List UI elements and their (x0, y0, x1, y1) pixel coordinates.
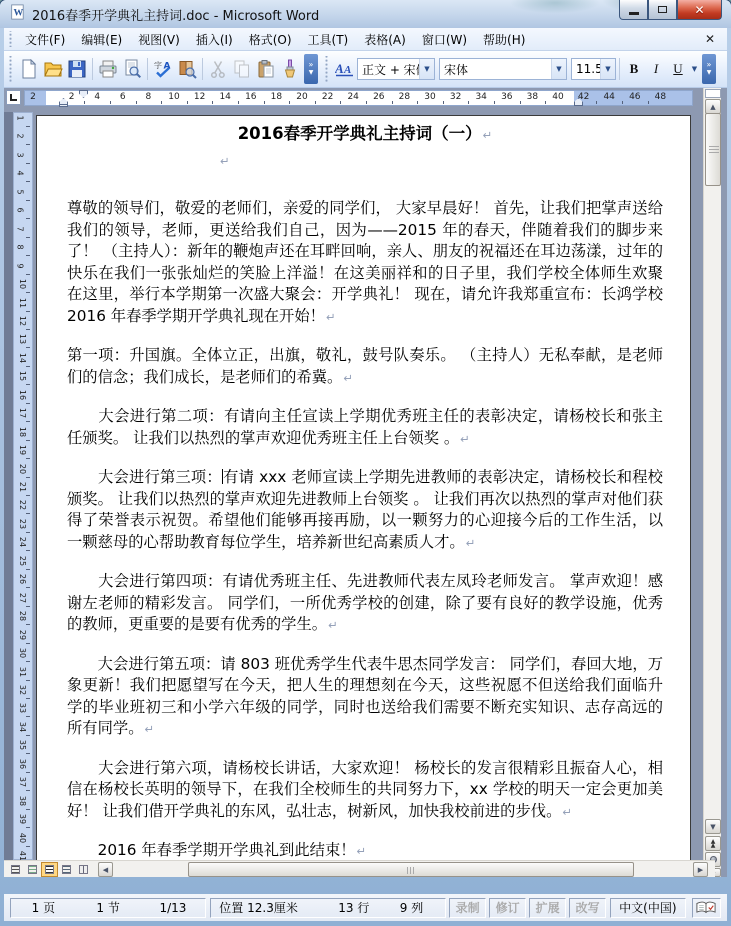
language-indicator[interactable]: 中文(中国) (610, 898, 685, 918)
h-ruler-number: 26 (373, 92, 384, 102)
document-page[interactable]: 2016春季开学典礼主持词（一）↵↵尊敬的领导们，敬爱的老师们，亲爱的同学们， … (36, 115, 691, 877)
v-ruler-number: 20 (18, 463, 26, 473)
document-paragraph[interactable]: 第一项：升国旗。全体立正，出旗，敬礼，鼓号队奏乐。 （主持人）无私奉献，是老师们… (67, 345, 663, 389)
h-ruler-tick (622, 101, 623, 104)
h-ruler-number: 4 (94, 92, 100, 102)
v-ruler-tick (26, 735, 30, 736)
word-logo-icon: W (9, 4, 25, 24)
v-ruler-number: 38 (18, 796, 26, 806)
menu-item-2[interactable]: 视图(V) (130, 28, 188, 51)
paragraph-mark: ↵ (562, 805, 572, 819)
maximize-button[interactable] (648, 0, 677, 20)
menu-item-4[interactable]: 格式(O) (241, 28, 300, 51)
bold-button[interactable]: B (623, 58, 645, 80)
menubar-drag-handle[interactable] (8, 31, 13, 46)
v-ruler-number: 17 (18, 408, 26, 418)
h-ruler-number: 8 (146, 92, 152, 102)
v-ruler-tick (26, 292, 30, 293)
v-ruler-tick (26, 384, 30, 385)
h-ruler-tick (596, 101, 597, 104)
vertical-scroll-thumb[interactable] (705, 113, 721, 186)
v-ruler-number: 18 (18, 427, 26, 437)
column-number: 9 列 (386, 899, 437, 916)
v-ruler-tick (26, 716, 30, 717)
copy-button (230, 57, 254, 81)
toolbar-row: 字A »▼ AA 正文 + 宋体▼ 宋体▼ 11.5▼ B I U ▼ »▼ (4, 51, 727, 88)
paragraph-mark: ↵ (343, 371, 353, 385)
v-ruler-number: 15 (18, 371, 26, 381)
standard-toolbar-drag-handle[interactable] (8, 56, 13, 81)
svg-text:字: 字 (154, 60, 162, 70)
font-size-combobox[interactable]: 11.5▼ (571, 58, 616, 80)
ruler-toggle-box[interactable] (705, 89, 721, 98)
menu-item-7[interactable]: 窗口(W) (414, 28, 475, 51)
v-ruler-number: 2 (16, 134, 24, 139)
h-ruler-tick (187, 101, 188, 104)
left-indent-marker[interactable] (59, 104, 68, 107)
v-ruler-tick (26, 846, 30, 847)
v-ruler-tick (26, 661, 30, 662)
v-ruler-number: 14 (18, 353, 26, 363)
open-button[interactable] (41, 57, 65, 81)
horizontal-scrollbar[interactable]: ◀ ▶ (4, 860, 715, 877)
document-paragraph[interactable]: ↵ (67, 149, 663, 172)
h-ruler-number: 20 (296, 92, 307, 102)
v-ruler-number: 7 (16, 226, 24, 231)
paragraph-mark: ↵ (460, 432, 470, 446)
v-ruler-tick (26, 458, 30, 459)
status-bar: 1 页 1 节 1/13 位置 12.3厘米 13 行 9 列 录制修订扩展改写… (4, 894, 727, 921)
v-ruler-number: 12 (18, 316, 26, 326)
underline-button[interactable]: U (667, 58, 689, 80)
paragraph-mark: ↵ (483, 128, 493, 142)
scroll-down-arrow[interactable]: ▼ (705, 819, 721, 834)
section-number: 1 节 (76, 899, 141, 916)
h-ruler-number: 46 (629, 92, 640, 102)
v-ruler-tick (26, 366, 30, 367)
v-ruler-tick (26, 809, 30, 810)
spelling-grammar-button[interactable]: 字A (151, 57, 175, 81)
svg-text:A: A (343, 64, 351, 76)
v-ruler-number: 5 (16, 189, 24, 194)
v-ruler-tick (26, 698, 30, 699)
close-button[interactable]: ✕ (677, 0, 722, 20)
cut-button (206, 57, 230, 81)
h-ruler-tick (468, 101, 469, 104)
h-ruler-number: 10 (168, 92, 179, 102)
v-ruler-number: 31 (18, 666, 26, 676)
size-dropdown-arrow[interactable]: ▼ (600, 59, 615, 79)
svg-text:W: W (13, 8, 23, 19)
v-ruler-tick (26, 827, 30, 828)
h-ruler-tick (238, 101, 239, 104)
v-ruler-tick (26, 274, 30, 275)
v-ruler-tick (26, 587, 30, 588)
h-ruler-number: 6 (120, 92, 126, 102)
print-preview-button[interactable] (120, 57, 144, 81)
h-ruler-tick (545, 101, 546, 104)
v-ruler-number: 32 (18, 685, 26, 695)
v-ruler-number: 27 (18, 593, 26, 603)
h-ruler-number: 44 (603, 92, 614, 102)
v-ruler-number: 1 (16, 115, 24, 120)
h-ruler-tick (366, 101, 367, 104)
v-ruler-tick (26, 606, 30, 607)
v-ruler-number: 33 (18, 703, 26, 713)
tab-stop-selector[interactable] (6, 90, 21, 105)
h-ruler-tick (443, 101, 444, 104)
v-ruler-tick (26, 311, 30, 312)
toolbar-separator (92, 58, 93, 80)
print-button[interactable] (96, 57, 120, 81)
workspace-left-gutter (4, 112, 13, 860)
document-heading[interactable]: 2016春季开学典礼主持词（一）↵ (67, 120, 663, 149)
paragraph-mark: ↵ (220, 154, 230, 168)
outline-view-button[interactable] (58, 862, 75, 877)
vertical-ruler: 1234567891011121314151617181920212223242… (13, 112, 33, 860)
svg-text:A: A (335, 61, 344, 76)
formatting-toolbar-drag-handle[interactable] (324, 56, 329, 81)
v-ruler-tick (26, 421, 30, 422)
v-ruler-tick (26, 790, 30, 791)
v-ruler-number: 10 (18, 279, 26, 289)
menu-item-3[interactable]: 插入(I) (188, 28, 241, 51)
horizontal-ruler: 2246810121416182022242628303234363840424… (24, 90, 693, 106)
web-layout-view-button[interactable] (24, 862, 41, 877)
v-ruler-number: 36 (18, 759, 26, 769)
h-ruler-number: 24 (347, 92, 358, 102)
h-ruler-tick (520, 101, 521, 104)
v-ruler-number: 40 (18, 832, 26, 842)
h-ruler-tick (161, 101, 162, 104)
previous-page-button[interactable]: ▲▲ (705, 836, 721, 851)
h-ruler-number: 48 (655, 92, 666, 102)
v-ruler-number: 35 (18, 740, 26, 750)
window-title: 2016春季开学典礼主持词.doc - Microsoft Word (32, 5, 319, 24)
font-dropdown-arrow[interactable]: ▼ (551, 59, 566, 79)
v-ruler-number: 9 (16, 263, 24, 268)
h-ruler-tick (264, 101, 265, 104)
v-ruler-number: 28 (18, 611, 26, 621)
v-ruler-tick (26, 347, 30, 348)
print-layout-view-button[interactable] (41, 862, 58, 877)
cursor-position: 位置 12.3厘米 (219, 899, 322, 916)
v-ruler-number: 23 (18, 519, 26, 529)
menu-item-8[interactable]: 帮助(H) (475, 28, 533, 51)
v-ruler-tick (26, 403, 30, 404)
v-ruler-tick (26, 181, 30, 182)
scroll-right-arrow[interactable]: ▶ (693, 862, 708, 877)
v-ruler-tick (26, 680, 30, 681)
styles-and-formatting-icon[interactable]: AA (333, 57, 357, 81)
underline-options-arrow[interactable]: ▼ (689, 58, 700, 80)
h-ruler-number: 28 (399, 92, 410, 102)
v-ruler-tick (26, 126, 30, 127)
font-combobox[interactable]: 宋体▼ (439, 58, 567, 80)
v-ruler-number: 16 (18, 390, 26, 400)
status-toggle-0[interactable]: 录制 (449, 898, 486, 918)
paragraph-mark: ↵ (145, 722, 155, 736)
v-ruler-tick (26, 624, 30, 625)
h-ruler-tick (392, 101, 393, 104)
v-ruler-tick (26, 643, 30, 644)
toolbar-separator (202, 58, 203, 80)
v-ruler-number: 8 (16, 245, 24, 250)
v-ruler-number: 21 (18, 482, 26, 492)
v-ruler-number: 29 (18, 630, 26, 640)
menu-item-0[interactable]: 文件(F) (17, 28, 73, 51)
v-ruler-number: 6 (16, 208, 24, 213)
v-ruler-number: 25 (18, 556, 26, 566)
spelling-status-book-icon[interactable] (692, 898, 721, 918)
v-ruler-number: 19 (18, 445, 26, 455)
v-ruler-number: 3 (16, 152, 24, 157)
v-ruler-tick (26, 218, 30, 219)
save-button[interactable] (65, 57, 89, 81)
v-ruler-tick (26, 495, 30, 496)
h-ruler-number: 2 (30, 92, 36, 102)
document-paragraph[interactable]: 大会进行第六项，请杨校长讲话，大家欢迎！ 杨校长的发言很精彩且振奋人心，相信在杨… (67, 758, 663, 824)
h-ruler-number: 14 (219, 92, 230, 102)
page-number: 1 页 (11, 899, 76, 916)
style-combobox[interactable]: 正文 + 宋体▼ (357, 58, 435, 80)
scroll-left-arrow[interactable]: ◀ (98, 862, 113, 877)
h-ruler-number: 18 (271, 92, 282, 102)
v-ruler-tick (26, 513, 30, 514)
new-document-button[interactable] (17, 57, 41, 81)
v-ruler-number: 22 (18, 500, 26, 510)
h-ruler-tick (84, 101, 85, 104)
standard-toolbar-overflow-button[interactable]: »▼ (304, 54, 318, 84)
scroll-up-arrow[interactable]: ▲ (705, 99, 721, 114)
v-ruler-number: 11 (18, 297, 26, 307)
v-ruler-tick (26, 237, 30, 238)
v-ruler-number: 39 (18, 814, 26, 824)
normal-view-button[interactable] (7, 862, 24, 877)
h-ruler-tick (648, 101, 649, 104)
paragraph-mark: ↵ (326, 310, 336, 324)
v-ruler-tick (26, 753, 30, 754)
status-toggle-3[interactable]: 改写 (569, 898, 606, 918)
line-number: 13 行 (322, 899, 386, 916)
paste-button[interactable] (254, 57, 278, 81)
h-ruler-number: 22 (322, 92, 333, 102)
h-ruler-number: 36 (501, 92, 512, 102)
research-button[interactable] (175, 57, 199, 81)
document-workspace: 2246810121416182022242628303234363840424… (4, 88, 727, 877)
status-toggle-2[interactable]: 扩展 (529, 898, 566, 918)
menu-bar: 文件(F)编辑(E)视图(V)插入(I)格式(O)工具(T)表格(A)窗口(W)… (4, 28, 727, 51)
paragraph-mark: ↵ (357, 844, 367, 858)
status-toggle-1[interactable]: 修订 (489, 898, 526, 918)
v-ruler-tick (26, 440, 30, 441)
minimize-button[interactable] (619, 0, 648, 20)
h-ruler-number: 38 (527, 92, 538, 102)
reading-layout-view-button[interactable] (75, 862, 92, 877)
v-ruler-number: 13 (18, 334, 26, 344)
v-ruler-number: 4 (16, 171, 24, 176)
word-window: W 2016春季开学典礼主持词.doc - Microsoft Word ✕ 文… (0, 0, 731, 926)
h-ruler-tick (315, 101, 316, 104)
document-paragraph[interactable]: 大会进行第二项：有请向主任宣读上学期优秀班主任的表彰决定，请杨校长和张主任颁奖。… (67, 406, 663, 450)
title-bar[interactable]: W 2016春季开学典礼主持词.doc - Microsoft Word ✕ (0, 0, 731, 28)
document-paragraph[interactable]: 大会进行第三项：有请 xxx 老师宣读上学期先进教师的表彰决定，请杨校长和程校颁… (67, 467, 663, 554)
style-dropdown-arrow[interactable]: ▼ (419, 59, 434, 79)
v-ruler-number: 30 (18, 648, 26, 658)
v-ruler-number: 26 (18, 574, 26, 584)
v-ruler-number: 24 (18, 537, 26, 547)
v-ruler-tick (26, 255, 30, 256)
v-ruler-number: 34 (18, 722, 26, 732)
formatting-toolbar-overflow-button[interactable]: »▼ (702, 54, 716, 84)
v-ruler-number: 37 (18, 777, 26, 787)
page-info-group: 1 页 1 节 1/13 (10, 898, 206, 918)
menu-item-5[interactable]: 工具(T) (300, 28, 357, 51)
h-ruler-tick (136, 101, 137, 104)
h-ruler-number: 12 (194, 92, 205, 102)
paragraph-mark: ↵ (466, 536, 476, 550)
h-ruler-number: 2 (69, 92, 75, 102)
v-ruler-tick (26, 477, 30, 478)
h-ruler-number: 32 (450, 92, 461, 102)
v-ruler-tick (26, 329, 30, 330)
document-paragraph[interactable]: 大会进行第四项：有请优秀班主任、先进教师代表左凤玲老师发言。 掌声欢迎！感谢左老… (67, 571, 663, 637)
h-ruler-tick (289, 101, 290, 104)
position-info-group: 位置 12.3厘米 13 行 9 列 (210, 898, 446, 918)
h-ruler-tick (212, 101, 213, 104)
vertical-scrollbar[interactable]: ▲ ▼ ▲▲ ▼▼ (703, 88, 721, 877)
v-ruler-tick (26, 200, 30, 201)
italic-button[interactable]: I (645, 58, 667, 80)
menu-item-6[interactable]: 表格(A) (356, 28, 414, 51)
v-ruler-tick (26, 532, 30, 533)
horizontal-scroll-thumb[interactable] (188, 862, 634, 877)
document-paragraph[interactable]: 大会进行第五项：请 803 班优秀学生代表牛思杰同学发言： 同学们，春回大地，万… (67, 654, 663, 741)
menu-item-1[interactable]: 编辑(E) (73, 28, 130, 51)
page-of-total: 1/13 (141, 901, 206, 915)
v-ruler-tick (26, 550, 30, 551)
v-ruler-tick (26, 144, 30, 145)
toolbar-separator (147, 58, 148, 80)
format-painter-button[interactable] (278, 57, 302, 81)
paragraph-mark: ↵ (328, 618, 338, 632)
v-ruler-tick (26, 569, 30, 570)
v-ruler-tick (26, 163, 30, 164)
h-ruler-number: 40 (552, 92, 563, 102)
h-ruler-tick (417, 101, 418, 104)
h-ruler-tick (110, 101, 111, 104)
h-ruler-number: 16 (245, 92, 256, 102)
h-ruler-number: 34 (475, 92, 486, 102)
h-ruler-tick (340, 101, 341, 104)
h-ruler-number: 30 (424, 92, 435, 102)
document-close-icon[interactable]: ✕ (701, 32, 719, 46)
h-ruler-tick (494, 101, 495, 104)
document-paragraph[interactable]: 尊敬的领导们，敬爱的老师们，亲爱的同学们， 大家早晨好！ 首先，让我们把掌声送给… (67, 198, 663, 328)
v-ruler-tick (26, 772, 30, 773)
